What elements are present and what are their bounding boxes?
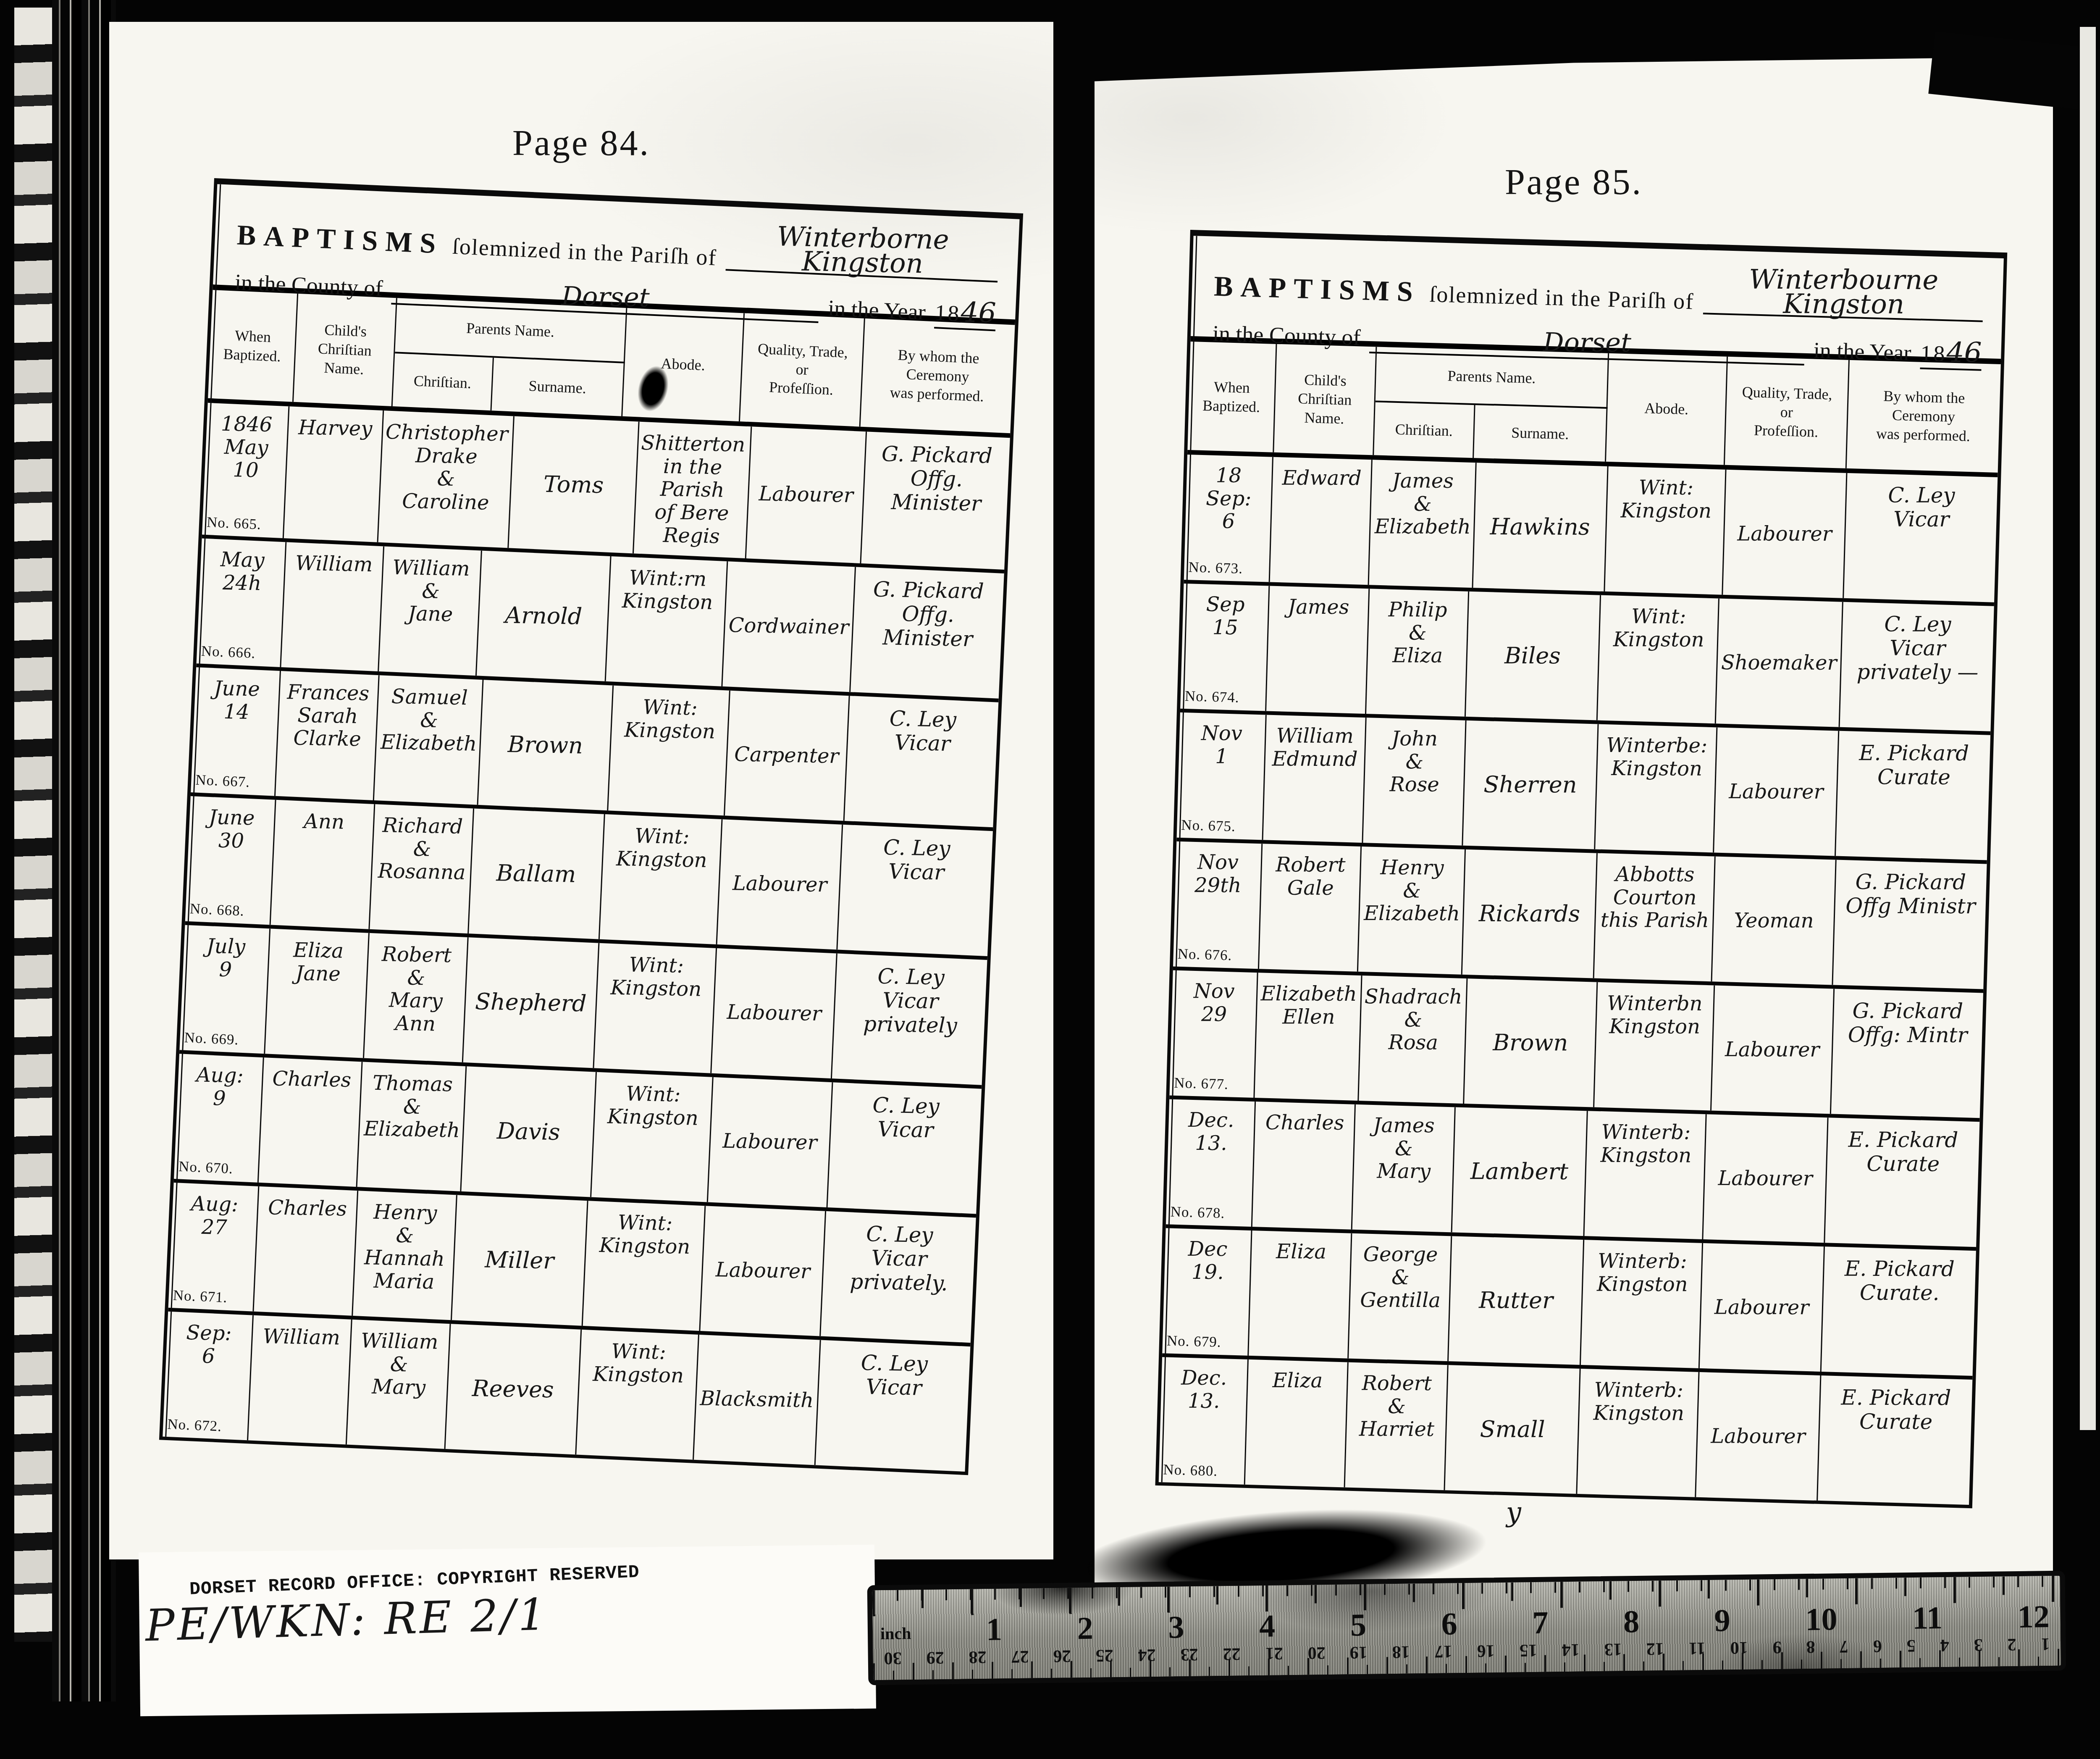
entry-number: No. 672.: [167, 1416, 222, 1435]
cell-child-name: William Edmund: [1263, 715, 1366, 843]
col-header-childs-name: Child's Chriſtian Name.: [294, 294, 397, 406]
cell-quality-trade: Labourer: [746, 426, 867, 563]
col-header-by-whom: By whom the Ceremony was performed.: [861, 318, 1015, 433]
cell-by-whom: E. Pickard Curate: [1825, 1117, 1979, 1247]
cell-quality-trade-text: Labourer: [722, 1130, 817, 1154]
entry-number: No. 669.: [184, 1029, 239, 1048]
ruler-inch-number: 6: [1441, 1606, 1457, 1642]
cell-child-name-text: Frances Sarah Clarke: [286, 681, 370, 751]
cell-when-baptized-text: June 14: [213, 677, 260, 724]
baptisms-word: BAPTISMS: [1213, 269, 1421, 308]
next-page-edge: [2080, 27, 2096, 1430]
cell-parents-surname: Shepherd: [463, 937, 599, 1068]
cell-when-baptized: May 24hNo. 666.: [197, 538, 286, 667]
year-handwritten: 46: [961, 296, 996, 329]
cell-quality-trade-text: Labourer: [1714, 1296, 1809, 1319]
cell-by-whom: C. Ley Vicar privately.: [821, 1211, 976, 1342]
cell-abode-text: Wint: Kingston: [607, 1082, 699, 1130]
register-page-84: Page 84. BAPTISMS ſolemnized in the Pari…: [109, 22, 1053, 1559]
cell-when-baptized: Sep 15No. 674.: [1180, 584, 1270, 711]
ruler-inch-number: 8: [1623, 1604, 1640, 1640]
entry-number: No. 668.: [189, 900, 244, 920]
cell-abode: Winterb: Kingston: [1585, 1111, 1707, 1239]
cell-parents-christian: Robert & Harriet: [1345, 1362, 1448, 1491]
cell-when-baptized-text: July 9: [206, 935, 246, 981]
copyright-stamp-panel: DORSET RECORD OFFICE: COPYRIGHT RESERVED…: [139, 1545, 876, 1716]
cell-abode: Wint: Kingston: [576, 1329, 699, 1459]
cell-parents-christian: Henry & Hannah Maria: [353, 1191, 457, 1320]
cell-quality-trade: Labourer: [1696, 1372, 1821, 1501]
cell-child-name-text: Eliza: [1272, 1369, 1323, 1392]
cell-parents-surname-text: Brown: [507, 731, 583, 759]
cell-parents-surname-text: Toms: [543, 471, 604, 498]
page-number-label: Page 85.: [1095, 161, 2053, 203]
scanned-register-photo: Page 84. BAPTISMS ſolemnized in the Pari…: [0, 0, 2100, 1759]
cell-parents-christian-text: Robert & Harriet: [1359, 1372, 1434, 1441]
cell-abode-text: Winterbn Kingston: [1607, 992, 1702, 1038]
cell-when-baptized-text: Sep 15: [1206, 593, 1244, 639]
cell-parents-surname: Rickards: [1462, 849, 1598, 978]
cell-abode: Wint: Kingston: [591, 1072, 714, 1202]
cell-parents-surname: Rutter: [1449, 1236, 1584, 1365]
register-row: Nov 1No. 675.William EdmundJohn & RoseSh…: [1176, 713, 1990, 864]
cell-parents-christian: James & Mary: [1352, 1104, 1456, 1233]
entry-number: No. 680.: [1163, 1461, 1218, 1480]
cell-parents-surname: Reeves: [446, 1324, 582, 1454]
cell-by-whom-text: C. Ley Vicar: [1888, 484, 1955, 532]
cell-child-name: Charles: [254, 1186, 358, 1316]
cell-by-whom: C. Ley Vicar privately —: [1840, 602, 1994, 731]
cell-child-name-text: Charles: [272, 1067, 352, 1091]
cell-when-baptized: Aug: 9No. 670.: [174, 1054, 264, 1183]
cell-abode-text: Wint: Kingston: [1620, 476, 1711, 522]
solemnized-text: ſolemnized in the Pariſh of: [1429, 281, 1694, 315]
cell-abode: Abbotts Courton this Parish: [1594, 853, 1716, 982]
cell-by-whom-text: C. Ley Vicar privately.: [850, 1222, 949, 1295]
cell-child-name-text: Eliza: [1276, 1240, 1326, 1263]
cell-parents-surname-text: Brown: [1493, 1030, 1568, 1056]
cell-when-baptized-text: Dec. 13.: [1188, 1109, 1234, 1155]
cell-child-name: Charles: [1252, 1102, 1356, 1230]
entry-number: No. 676.: [1177, 946, 1232, 964]
cell-quality-trade-text: Labourer: [1729, 780, 1824, 804]
cell-quality-trade: Cordwainer: [722, 561, 856, 692]
cell-child-name: Harvey: [284, 406, 384, 542]
register-row: Dec 19.No. 679.ElizaGeorge & GentillaRut…: [1162, 1228, 1976, 1380]
cell-abode-text: Wint: Kingston: [610, 953, 702, 1001]
cell-when-baptized: Sep: 6No. 672.: [163, 1311, 253, 1440]
cell-when-baptized: 18 Sep: 6No. 673.: [1184, 455, 1273, 582]
ruler-inch-number: 10: [1805, 1601, 1837, 1638]
cell-parents-surname: Small: [1445, 1365, 1580, 1494]
cell-by-whom: G. Pickard Offg. Minister: [861, 431, 1010, 569]
register-page-85: Page 85. BAPTISMS ſolemnized in the Pari…: [1095, 57, 2053, 1592]
cell-when-baptized-text: Nov 29: [1193, 980, 1234, 1026]
cell-quality-trade-text: Blacksmith: [700, 1387, 814, 1412]
cell-parents-christian: Thomas & Elizabeth: [357, 1062, 467, 1191]
col-header-christian: Chriſtian.: [392, 353, 493, 410]
cell-parents-surname-text: Biles: [1504, 643, 1561, 669]
cell-parents-christian-text: Christopher Drake & Caroline: [384, 421, 508, 515]
ruler-inch-number: 5: [1350, 1607, 1366, 1643]
cell-parents-surname-text: Small: [1480, 1416, 1545, 1442]
register-rows: 18 Sep: 6No. 673.EdwardJames & Elizabeth…: [1159, 455, 1998, 1505]
ruler-inch-number: 1: [986, 1612, 1003, 1648]
cell-abode: Winterbn Kingston: [1594, 982, 1715, 1111]
ruler-inch-number: 9: [1714, 1602, 1730, 1639]
entry-number: No. 675.: [1181, 817, 1236, 835]
cell-child-name: Eliza: [1249, 1231, 1352, 1359]
cell-by-whom-text: G. Pickard Offg Ministr: [1846, 870, 1976, 918]
cell-by-whom-text: G. Pickard Offg. Minister: [868, 442, 1005, 516]
cell-parents-surname-text: Hawkins: [1490, 514, 1590, 540]
cell-by-whom: G. Pickard Offg Ministr: [1833, 860, 1987, 989]
cell-parents-surname: Lambert: [1452, 1107, 1588, 1236]
cell-child-name: Eliza: [1245, 1359, 1349, 1488]
cell-parents-christian: Henry & Elizabeth: [1358, 847, 1466, 975]
cell-parents-christian: Shadrach & Rosa: [1359, 975, 1468, 1104]
cell-abode: Wint: Kingston: [600, 814, 723, 944]
col-header-childs-name: Child's Chriſtian Name.: [1274, 344, 1377, 455]
baptism-register-table: BAPTISMS ſolemnized in the Pariſh of Win…: [159, 178, 1023, 1475]
measuring-ruler: inch123456789101112 30292827262524232221…: [867, 1571, 2066, 1685]
cell-quality-trade: Shoemaker: [1716, 599, 1843, 727]
cell-when-baptized: Dec. 13.No. 680.: [1159, 1357, 1249, 1485]
book-fore-edge-light: [14, 8, 52, 1642]
cell-parents-christian-text: Shadrach & Rosa: [1364, 985, 1462, 1054]
cell-when-baptized: June 30No. 668.: [185, 796, 276, 925]
cell-when-baptized-text: Dec 19.: [1188, 1238, 1227, 1284]
cell-quality-trade-text: Shoemaker: [1721, 651, 1837, 675]
cell-parents-surname-text: Shepherd: [475, 989, 587, 1017]
cell-parents-christian-text: James & Mary: [1373, 1114, 1435, 1183]
cell-child-name: Eliza Jane: [265, 928, 370, 1058]
cell-child-name-text: Harvey: [298, 416, 373, 440]
cell-quality-trade: Labourer: [1723, 470, 1847, 598]
cell-quality-trade-text: Labourer: [727, 1001, 822, 1025]
cell-parents-surname-text: Rutter: [1479, 1288, 1553, 1314]
cell-parents-christian-text: George & Gentilla: [1360, 1243, 1441, 1312]
cell-child-name: William: [248, 1315, 352, 1444]
cell-quality-trade-text: Yeoman: [1734, 909, 1814, 932]
cell-by-whom: C. Ley Vicar: [827, 1082, 982, 1214]
cell-child-name-text: Elizabeth Ellen: [1260, 982, 1357, 1028]
cell-parents-christian-text: Richard & Rosanna: [378, 814, 467, 884]
cell-abode-text: Winterb: Kingston: [1600, 1121, 1691, 1167]
cell-when-baptized: 1846 May 10No. 665.: [202, 403, 289, 538]
cell-quality-trade: Labourer: [711, 948, 837, 1078]
cell-when-baptized-text: Aug: 27: [190, 1192, 239, 1239]
cell-quality-trade-text: Cordwainer: [728, 614, 849, 639]
cell-parents-christian-text: Samuel & Elizabeth: [380, 685, 478, 756]
column-header-band: When Baptized. Child's Chriſtian Name. P…: [1187, 342, 2001, 477]
cell-parents-christian-text: Thomas & Elizabeth: [363, 1071, 461, 1142]
ruler-inch-number: 3: [1168, 1609, 1184, 1646]
register-rows: 1846 May 10No. 665.HarveyChristopher Dra…: [163, 403, 1010, 1472]
ruler-inch-number: 7: [1532, 1605, 1549, 1641]
title-line-parish: BAPTISMS ſolemnized in the Pariſh of Win…: [1213, 251, 1984, 324]
book-page-stack-edge: [52, 0, 116, 1701]
cell-child-name-text: William: [295, 552, 373, 576]
cell-quality-trade-text: Labourer: [1737, 522, 1832, 546]
entry-number: No. 665.: [206, 514, 261, 533]
cell-by-whom-text: G. Pickard Offg. Minister: [857, 577, 1000, 652]
register-row: Dec. 13.No. 678.CharlesJames & MaryLambe…: [1166, 1099, 1980, 1251]
cell-abode-text: Winterb: Kingston: [1593, 1379, 1684, 1425]
cell-by-whom: C. Ley Vicar: [844, 696, 998, 827]
cell-child-name: Edward: [1270, 457, 1373, 585]
cell-parents-christian-text: William & Mary: [360, 1329, 438, 1400]
cell-abode: Wint: Kingston: [594, 943, 717, 1073]
cell-quality-trade-text: Labourer: [759, 482, 853, 507]
cell-when-baptized-text: Nov 1: [1201, 722, 1242, 768]
cell-parents-christian: William & Jane: [379, 546, 482, 676]
cell-when-baptized-text: 1846 May 10: [220, 413, 272, 482]
cell-by-whom: G. Pickard Offg. Minister: [850, 567, 1004, 698]
cell-abode: Wint: Kingston: [1598, 595, 1719, 724]
cell-child-name-text: Charles: [268, 1196, 347, 1220]
parish-handwritten: Winterborne Kingston: [726, 224, 999, 278]
cell-quality-trade-text: Labourer: [1711, 1425, 1806, 1448]
cell-when-baptized: Nov 29No. 677.: [1169, 970, 1258, 1098]
cell-by-whom-text: C. Ley Vicar: [883, 836, 950, 885]
cell-parents-christian: George & Gentilla: [1349, 1233, 1452, 1362]
cell-by-whom-text: E. Pickard Curate.: [1844, 1257, 1954, 1305]
cell-parents-christian-text: Henry & Elizabeth: [1364, 856, 1460, 926]
year-handwritten: 46: [1946, 336, 1982, 368]
cell-abode-text: Wint: Kingston: [624, 695, 716, 743]
cell-parents-surname-text: Sherren: [1483, 772, 1577, 798]
cell-parents-surname-text: Miller: [485, 1246, 554, 1274]
entry-number: No. 673.: [1188, 559, 1243, 577]
col-header-quality-trade: Quality, Trade, or Profeſſion.: [1725, 357, 1850, 468]
cell-parents-christian: Samuel & Elizabeth: [374, 675, 483, 805]
cell-child-name-text: James: [1288, 596, 1349, 619]
cell-by-whom: E. Pickard Curate: [1836, 731, 1990, 860]
ruler-inch-number: 4: [1259, 1608, 1276, 1645]
cell-by-whom: C. Ley Vicar: [837, 824, 993, 956]
entry-number: No. 670.: [178, 1158, 233, 1177]
cell-abode-text: Winterbe: Kingston: [1606, 734, 1707, 780]
col-header-surname: Surname.: [491, 358, 625, 416]
cell-child-name: William: [281, 542, 384, 671]
cell-abode-text: Wint: Kingston: [599, 1211, 691, 1259]
cell-parents-christian-text: Henry & Hannah Maria: [364, 1200, 446, 1294]
col-header-by-whom: By whom the Ceremony was performed.: [1846, 360, 2000, 473]
cell-quality-trade: Carpenter: [725, 690, 850, 820]
cell-abode-text: Shitterton in the Parish of Bere Regis: [639, 431, 745, 548]
cell-parents-christian: William & Mary: [347, 1320, 451, 1449]
cell-quality-trade: Yeoman: [1712, 857, 1837, 985]
cell-by-whom: G. Pickard Offg: Mintr: [1831, 989, 1983, 1118]
cell-parents-christian: Richard & Rosanna: [370, 804, 474, 933]
cell-abode-text: Winterb: Kingston: [1597, 1250, 1688, 1296]
cell-parents-surname: Brown: [1464, 978, 1598, 1107]
cell-parents-surname: Brown: [478, 680, 614, 810]
cell-by-whom-text: E. Pickard Curate: [1859, 741, 1969, 789]
cell-by-whom-text: E. Pickard Curate: [1841, 1386, 1951, 1434]
cell-child-name-text: Edward: [1282, 467, 1361, 490]
cell-abode: Wint:rn Kingston: [606, 556, 728, 686]
cell-child-name: Elizabeth Ellen: [1255, 973, 1362, 1101]
cell-child-name: Ann: [271, 799, 375, 929]
cell-by-whom-text: E. Pickard Curate: [1848, 1128, 1958, 1176]
cell-parents-christian-text: Robert & Mary Ann: [380, 943, 452, 1036]
cell-parents-surname-text: Reeves: [472, 1375, 554, 1403]
cell-by-whom-text: C. Ley Vicar: [860, 1351, 928, 1400]
entry-number: No. 678.: [1170, 1204, 1225, 1222]
cell-quality-trade: Labourer: [1704, 1114, 1829, 1243]
cell-quality-trade: Labourer: [708, 1077, 833, 1207]
cell-when-baptized: Dec. 13.No. 678.: [1166, 1099, 1256, 1227]
cell-parents-christian: Christopher Drake & Caroline: [378, 410, 514, 548]
cell-child-name: Frances Sarah Clarke: [276, 671, 379, 800]
cell-parents-christian: James & Elizabeth: [1369, 460, 1477, 588]
cell-abode: Winterb: Kingston: [1578, 1369, 1700, 1497]
cell-abode: Wint: Kingston: [1605, 466, 1727, 595]
cell-by-whom: C. Ley Vicar: [816, 1340, 971, 1471]
cell-parents-surname: Sherren: [1463, 720, 1599, 849]
cell-parents-surname-text: Rickards: [1479, 901, 1580, 927]
cell-by-whom: C. Ley Vicar: [1844, 473, 1998, 602]
cell-parents-christian-text: William & Jane: [391, 556, 470, 626]
cell-parents-surname-text: Arnold: [504, 602, 582, 629]
cell-quality-trade-text: Carpenter: [734, 743, 839, 768]
cell-when-baptized: Nov 1No. 675.: [1177, 713, 1267, 840]
cell-abode-text: Wint: Kingston: [593, 1339, 685, 1387]
cell-child-name-text: Charles: [1265, 1111, 1344, 1134]
archive-reference-handwritten: PE/WKN: RE 2/1: [144, 1589, 549, 1651]
entry-number: No. 679.: [1167, 1332, 1222, 1351]
baptism-register-table: BAPTISMS ſolemnized in the Pariſh of Win…: [1155, 230, 2008, 1508]
county-handwritten: Dorset: [1543, 327, 1631, 358]
cell-child-name-text: Robert Gale: [1276, 853, 1346, 899]
cell-child-name: Charles: [259, 1057, 362, 1187]
baptisms-word: BAPTISMS: [236, 218, 444, 260]
cell-abode-text: Wint: Kingston: [616, 824, 708, 872]
col-header-surname: Surname.: [1474, 405, 1608, 462]
ruler-inch-number: 11: [1912, 1600, 1943, 1637]
col-header-christian: Chriſtian.: [1374, 402, 1475, 458]
cell-when-baptized-text: Dec. 13.: [1165, 1367, 1243, 1413]
cell-by-whom: E. Pickard Curate.: [1821, 1246, 1976, 1376]
cell-child-name-text: Eliza Jane: [292, 939, 344, 986]
cell-abode-text: Wint: Kingston: [1613, 605, 1704, 651]
entry-number: No. 677.: [1174, 1075, 1229, 1093]
cell-by-whom-text: C. Ley Vicar: [872, 1093, 940, 1142]
cell-parents-surname: Toms: [509, 416, 640, 553]
county-handwritten: Dorset: [561, 280, 650, 313]
ruler-inch-number: 2: [1077, 1610, 1093, 1647]
cell-parents-surname: Davis: [461, 1066, 597, 1197]
cell-by-whom-text: C. Ley Vicar: [889, 707, 956, 756]
cell-by-whom: C. Ley Vicar privately: [832, 953, 987, 1085]
cell-by-whom: E. Pickard Curate: [1818, 1375, 1972, 1505]
cell-when-baptized-text: May 24h: [220, 548, 265, 594]
cell-abode: Shitterton in the Parish of Bere Regis: [634, 422, 752, 558]
cell-parents-christian: John & Rose: [1363, 718, 1466, 846]
cell-parents-surname: Ballam: [469, 808, 605, 939]
cell-quality-trade: Labourer: [717, 819, 843, 949]
cell-quality-trade: Labourer: [1700, 1243, 1825, 1372]
col-header-when-baptized: When Baptized.: [208, 290, 298, 402]
cell-parents-surname: Biles: [1466, 592, 1601, 720]
cell-abode: Winterbe: Kingston: [1595, 724, 1717, 853]
cell-by-whom-text: G. Pickard Offg: Mintr: [1848, 999, 1968, 1047]
entry-number: No. 667.: [195, 771, 250, 791]
stray-pen-mark: y: [1506, 1497, 1522, 1528]
cell-parents-surname: Hawkins: [1473, 463, 1609, 592]
cell-quality-trade: Blacksmith: [694, 1335, 821, 1465]
cell-when-baptized-text: June 30: [208, 806, 255, 853]
cell-parents-christian: Robert & Mary Ann: [364, 933, 469, 1062]
cell-quality-trade-text: Labourer: [1718, 1167, 1813, 1190]
cell-child-name: Robert Gale: [1259, 844, 1362, 971]
cell-quality-trade-text: Labourer: [715, 1259, 810, 1283]
cell-when-baptized-text: 18 Sep: 6: [1206, 464, 1252, 534]
cell-parents-surname: Miller: [452, 1195, 588, 1325]
register-row: 18 Sep: 6No. 673.EdwardJames & Elizabeth…: [1184, 455, 1998, 606]
cell-by-whom-text: C. Ley Vicar privately: [863, 964, 958, 1038]
cell-when-baptized: Nov 29thNo. 676.: [1173, 841, 1263, 969]
page-number-label: Page 84.: [109, 122, 1053, 164]
cell-parents-surname-text: Ballam: [496, 860, 576, 887]
entry-number: No. 666.: [201, 642, 256, 662]
cell-parents-christian-text: Philip & Eliza: [1388, 598, 1447, 668]
cell-when-baptized: Dec 19.No. 679.: [1162, 1228, 1252, 1356]
col-header-quality-trade: Quality, Trade, or Profeſſion.: [740, 313, 865, 426]
parish-handwritten: Winterbourne Kingston: [1704, 268, 1984, 317]
cell-when-baptized-text: Nov 29th: [1194, 851, 1242, 897]
cell-parents-christian-text: John & Rose: [1390, 727, 1440, 797]
cell-parents-surname: Arnold: [477, 550, 612, 681]
cell-quality-trade: Labourer: [701, 1206, 827, 1336]
solemnized-text: ſolemnized in the Pariſh of: [452, 233, 717, 271]
cell-parents-surname-text: Davis: [496, 1118, 560, 1145]
register-row: Sep 15No. 674.JamesPhilip & ElizaBilesWi…: [1180, 584, 1994, 735]
cell-abode-text: Wint:rn Kingston: [622, 566, 714, 614]
cell-abode: Wint: Kingston: [583, 1201, 706, 1331]
cell-quality-trade-text: Labourer: [1725, 1038, 1820, 1062]
register-row: Dec. 13.No. 680.ElizaRobert & HarrietSma…: [1159, 1357, 1973, 1505]
ruler-inch-number: 12: [2017, 1599, 2050, 1635]
register-row: Nov 29No. 677.Elizabeth EllenShadrach & …: [1169, 970, 1983, 1122]
cell-quality-trade: Labourer: [1714, 728, 1839, 856]
cell-child-name: James: [1266, 586, 1370, 714]
cell-child-name-text: Ann: [304, 810, 345, 834]
cell-when-baptized: July 9No. 669.: [179, 925, 270, 1054]
register-row: Nov 29thNo. 676.Robert GaleHenry & Eliza…: [1173, 841, 1987, 993]
cell-when-baptized-text: Sep: 6: [186, 1321, 232, 1368]
cell-abode: Winterb: Kingston: [1581, 1240, 1703, 1368]
cell-parents-christian: Philip & Eliza: [1366, 589, 1469, 717]
cell-child-name-text: William Edmund: [1272, 724, 1358, 770]
cell-by-whom-text: C. Ley Vicar privately —: [1856, 612, 1978, 684]
cell-when-baptized-text: Aug: 9: [196, 1063, 244, 1110]
cell-when-baptized: June 14No. 667.: [191, 667, 281, 796]
cell-quality-trade-text: Labourer: [732, 872, 827, 897]
cell-parents-surname-text: Lambert: [1470, 1159, 1569, 1185]
col-header-when-baptized: When Baptized.: [1187, 342, 1277, 452]
cell-abode: Wint: Kingston: [608, 685, 730, 815]
cell-child-name-text: William: [262, 1325, 340, 1349]
entry-number: No. 674.: [1184, 688, 1239, 706]
ruler-unit-label: inch: [880, 1623, 911, 1643]
cell-quality-trade: Labourer: [1711, 986, 1835, 1114]
cell-when-baptized: Aug: 27No. 671.: [168, 1183, 260, 1312]
cell-abode-text: Abbotts Courton this Parish: [1601, 863, 1709, 932]
col-header-abode: Abode.: [1606, 353, 1728, 465]
